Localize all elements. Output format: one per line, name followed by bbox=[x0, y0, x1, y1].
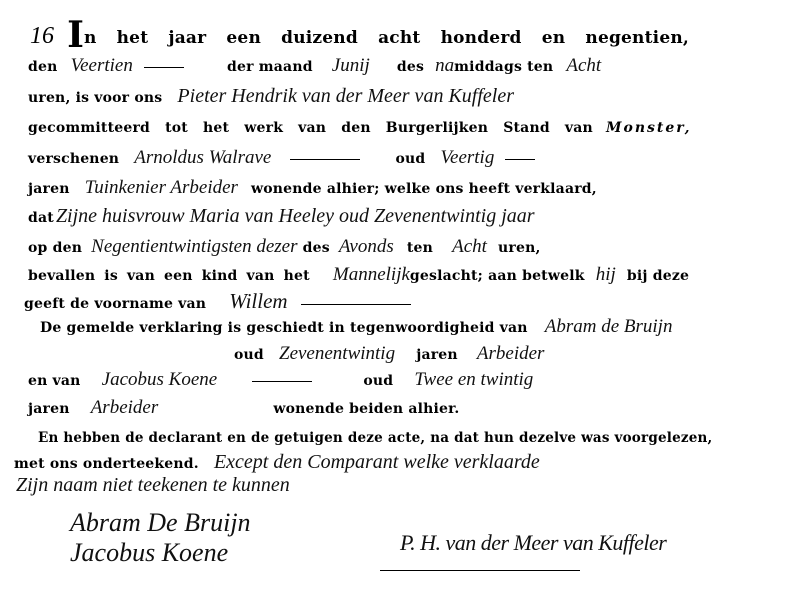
signature-official: P. H. van der Meer van Kuffeler bbox=[400, 530, 666, 556]
birth-date-line: op den Negentientwintigsten dezer des Av… bbox=[28, 236, 541, 258]
handwritten-witness1-name: Abram de Bruijn bbox=[545, 316, 673, 337]
printed-text: der maand bbox=[227, 59, 313, 75]
signature-witness1: Abram De Bruijn bbox=[70, 508, 251, 538]
printed-text: wonende alhier; welke ons heeft verklaar… bbox=[251, 181, 597, 197]
place-name: Monster, bbox=[606, 120, 692, 136]
handwritten-witness1-occupation: Arbeider bbox=[477, 343, 545, 364]
printed-text: wonende beiden alhier. bbox=[273, 401, 459, 417]
header-line: 16 In het jaar een duizend acht honderd … bbox=[30, 14, 689, 56]
filler-dash bbox=[505, 158, 535, 160]
witness1-line: oud Zevenentwintig jaren Arbeider bbox=[234, 343, 544, 365]
signature-witness2: Jacobus Koene bbox=[70, 538, 228, 568]
filler-dash bbox=[252, 380, 312, 382]
drop-cap-initial: I bbox=[67, 14, 84, 56]
printed-text: op den bbox=[28, 240, 82, 256]
handwritten-exception-note: Zijn naam niet teekenen te kunnen bbox=[16, 474, 290, 496]
witness2-occupation-line: jaren Arbeider wonende beiden alhier. bbox=[28, 397, 460, 419]
printed-text: gecommitteerd tot het werk van den Burge… bbox=[28, 120, 593, 136]
printed-text: jaren bbox=[416, 347, 458, 363]
handwritten-birth-date: Negentientwintigsten dezer bbox=[91, 236, 297, 257]
handwritten-witness1-age: Zevenentwintig bbox=[279, 343, 395, 364]
printed-text: bij deze bbox=[627, 268, 689, 284]
filler-dash bbox=[290, 158, 360, 160]
printed-text: bevallen is van een kind van het bbox=[28, 268, 310, 284]
handwritten-day: Veertien bbox=[71, 55, 133, 76]
handwritten-time-of-day: na bbox=[435, 55, 454, 76]
printed-text: ten bbox=[407, 240, 433, 256]
printed-text: uren, is voor ons bbox=[28, 90, 162, 106]
printed-text: uren, bbox=[498, 240, 541, 256]
printed-text: met ons onderteekend. bbox=[14, 456, 199, 472]
witness-intro-line: De gemelde verklaring is geschiedt in te… bbox=[40, 316, 672, 338]
signature-underline bbox=[380, 570, 580, 571]
handwritten-occupation: Tuinkenier Arbeider bbox=[85, 177, 238, 198]
handwritten-sex: Mannelijk bbox=[333, 264, 410, 285]
printed-text: en van bbox=[28, 373, 81, 389]
printed-text: geslacht; aan betwelk bbox=[410, 268, 585, 284]
printed-text: jaren bbox=[28, 181, 70, 197]
handwritten-witness2-occupation: Arbeider bbox=[91, 397, 159, 418]
handwritten-declarant-age: Veertig bbox=[441, 147, 495, 168]
witness2-line: en van Jacobus Koene oud Twee en twintig bbox=[28, 369, 533, 391]
closing-line: En hebben de declarant en de getuigen de… bbox=[38, 427, 712, 446]
occupation-line: jaren Tuinkenier Arbeider wonende alhier… bbox=[28, 177, 597, 199]
printed-text: geeft de voorname van bbox=[24, 296, 206, 312]
handwritten-pronoun: hij bbox=[596, 264, 616, 285]
printed-text: des bbox=[303, 240, 330, 256]
exception-continued-line: Zijn naam niet teekenen te kunnen bbox=[16, 474, 290, 497]
handwritten-time-of-day: Avonds bbox=[339, 236, 394, 257]
printed-text: n het jaar een duizend acht honderd en n… bbox=[84, 28, 689, 48]
handwritten-witness2-age: Twee en twintig bbox=[414, 369, 533, 390]
official-line: uren, is voor ons Pieter Hendrik van der… bbox=[28, 85, 514, 108]
record-number: 16 bbox=[30, 23, 54, 49]
printed-text: oud bbox=[396, 151, 426, 167]
handwritten-hour: Acht bbox=[452, 236, 487, 257]
handwritten-exception-note: Except den Comparant welke verklaarde bbox=[214, 451, 540, 473]
date-line: den Veertien der maand Junij des namidda… bbox=[28, 55, 601, 77]
filler-dash bbox=[144, 66, 184, 68]
commissioned-line: gecommitteerd tot het werk van den Burge… bbox=[28, 117, 692, 136]
mother-line: datZijne huisvrouw Maria van Heeley oud … bbox=[28, 205, 535, 228]
printed-text: den bbox=[28, 59, 57, 75]
handwritten-mother-details: Zijne huisvrouw Maria van Heeley oud Zev… bbox=[56, 205, 535, 227]
printed-text: des bbox=[397, 59, 424, 75]
given-name-line: geeft de voorname van Willem bbox=[24, 289, 411, 314]
handwritten-month: Junij bbox=[332, 55, 370, 76]
printed-text: middags ten bbox=[454, 59, 553, 75]
printed-text: En hebben de declarant en de getuigen de… bbox=[38, 430, 712, 446]
handwritten-hour: Acht bbox=[566, 55, 601, 76]
signed-line: met ons onderteekend. Except den Compara… bbox=[14, 451, 540, 474]
printed-text: jaren bbox=[28, 401, 70, 417]
printed-text: oud bbox=[234, 347, 264, 363]
filler-dash bbox=[301, 303, 411, 305]
handwritten-declarant-name: Arnoldus Walrave bbox=[134, 147, 271, 168]
sex-line: bevallen is van een kind van het Manneli… bbox=[28, 264, 689, 286]
printed-text: dat bbox=[28, 210, 54, 226]
printed-text: oud bbox=[363, 373, 393, 389]
handwritten-witness2-name: Jacobus Koene bbox=[102, 369, 218, 390]
handwritten-official-name: Pieter Hendrik van der Meer van Kuffeler bbox=[177, 85, 514, 107]
declarant-line: verschenen Arnoldus Walrave oud Veertig bbox=[28, 147, 535, 169]
handwritten-child-name: Willem bbox=[229, 289, 287, 313]
printed-text: verschenen bbox=[28, 151, 119, 167]
printed-text: De gemelde verklaring is geschiedt in te… bbox=[40, 320, 528, 336]
